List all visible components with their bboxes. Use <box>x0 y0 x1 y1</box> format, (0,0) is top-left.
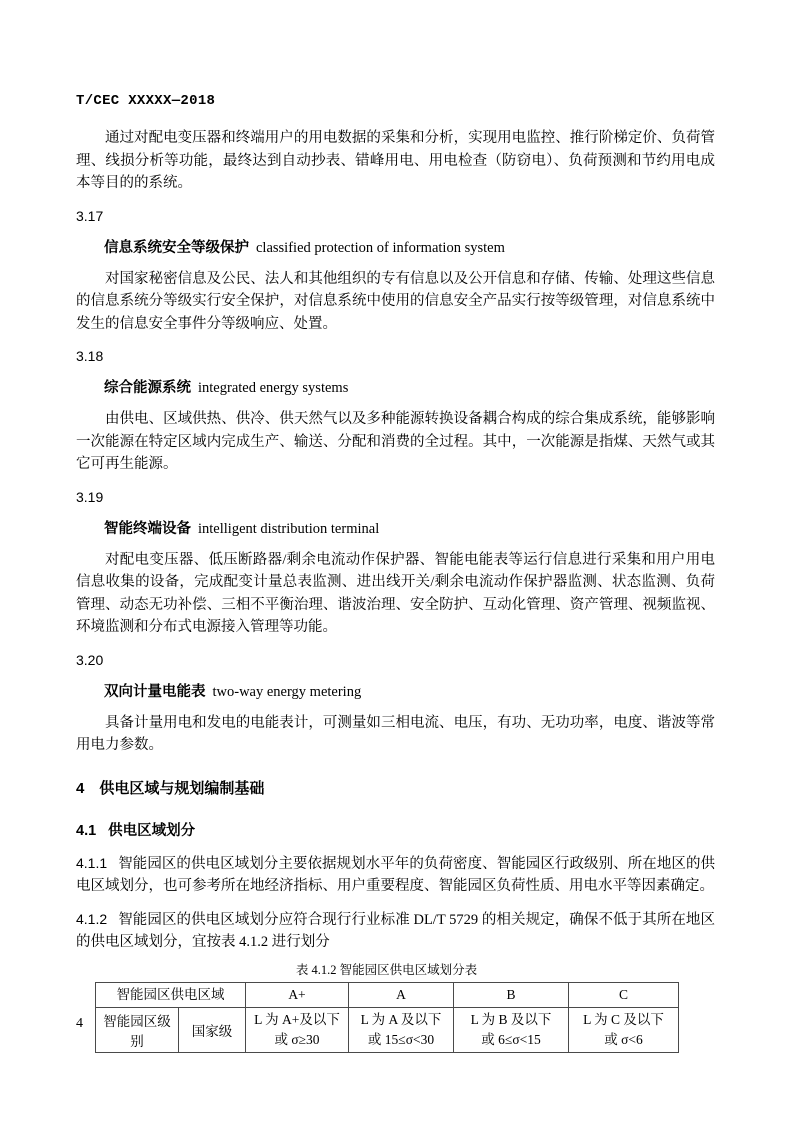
term-definition-3-18: 由供电、区域供热、供冷、供天然气以及多种能源转换设备耦合构成的综合集成系统，能够… <box>76 408 715 476</box>
supply-area-division-table: 智能园区供电区域 A+ A B C 智能园区级别 国家级 L 为 A+及以下 或… <box>95 982 679 1053</box>
intro-paragraph: 通过对配电变压器和终端用户的用电数据的采集和分析，实现用电监控、推行阶梯定价、负… <box>76 127 715 195</box>
term-heading-3-19: 智能终端设备intelligent distribution terminal <box>76 518 715 540</box>
term-zh-label: 信息系统安全等级保护 <box>104 240 249 256</box>
table-header-merged-cell: 智能园区供电区域 <box>96 982 246 1007</box>
table-row-label-cell: 智能园区级别 <box>96 1007 179 1052</box>
table-cell-a: L 为 A 及以下 或 15≤σ<30 <box>349 1007 454 1052</box>
table-row-level-cell: 国家级 <box>179 1007 246 1052</box>
clause-text: 智能园区的供电区域划分主要依据规划水平年的负荷密度、智能园区行政级别、所在地区的… <box>76 856 715 895</box>
clause-4-1-2: 4.1.2智能园区的供电区域划分应符合现行行业标准 DL/T 5729 的相关规… <box>76 908 715 954</box>
table-caption: 表 4.1.2 智能园区供电区域划分表 <box>95 962 678 978</box>
term-definition-3-20: 具备计量用电和发电的电能表计，可测量如三相电流、电压，有功、无功功率，电度、谐波… <box>76 712 715 757</box>
table-header-row: 智能园区供电区域 A+ A B C <box>96 982 679 1007</box>
term-definition-3-19: 对配电变压器、低压断路器/剩余电流动作保护器、智能电能表等运行信息进行采集和用户… <box>76 549 715 639</box>
term-number-3-20: 3.20 <box>76 649 715 671</box>
term-zh-label: 智能终端设备 <box>104 521 191 537</box>
term-number-3-19: 3.19 <box>76 486 715 508</box>
term-zh-label: 综合能源系统 <box>104 380 191 396</box>
clause-number: 4.1.1 <box>76 855 107 871</box>
chapter-title: 供电区域与规划编制基础 <box>99 780 264 797</box>
table-data-row: 智能园区级别 国家级 L 为 A+及以下 或 σ≥30 L 为 A 及以下 或 … <box>96 1007 679 1052</box>
clause-text: 智能园区的供电区域划分应符合现行行业标准 DL/T 5729 的相关规定，确保不… <box>76 912 715 951</box>
term-number-3-17: 3.17 <box>76 205 715 227</box>
page-content: T/CEC XXXXX—2018 通过对配电变压器和终端用户的用电数据的采集和分… <box>0 0 793 1053</box>
table-header-cell-a: A <box>349 982 454 1007</box>
term-heading-3-20: 双向计量电能表two-way energy metering <box>76 681 715 703</box>
doc-number-header: T/CEC XXXXX—2018 <box>76 92 715 110</box>
chapter-heading: 4供电区域与规划编制基础 <box>76 778 715 800</box>
table-cell-a-plus: L 为 A+及以下 或 σ≥30 <box>246 1007 349 1052</box>
term-number-3-18: 3.18 <box>76 345 715 367</box>
term-zh-label: 双向计量电能表 <box>104 684 206 700</box>
table-cell-c: L 为 C 及以下 或 σ<6 <box>569 1007 679 1052</box>
chapter-number: 4 <box>76 780 84 797</box>
term-heading-3-18: 综合能源系统integrated energy systems <box>76 377 715 399</box>
term-en-label: intelligent distribution terminal <box>198 521 379 537</box>
clause-4-1-1: 4.1.1智能园区的供电区域划分主要依据规划水平年的负荷密度、智能园区行政级别、… <box>76 852 715 898</box>
term-heading-3-17: 信息系统安全等级保护classified protection of infor… <box>76 237 715 259</box>
table-header-cell-c: C <box>569 982 679 1007</box>
table-header-cell-b: B <box>454 982 569 1007</box>
term-definition-3-17: 对国家秘密信息及公民、法人和其他组织的专有信息以及公开信息和存储、传输、处理这些… <box>76 268 715 336</box>
section-title: 供电区域划分 <box>108 823 195 839</box>
clause-number: 4.1.2 <box>76 911 107 927</box>
section-heading: 4.1供电区域划分 <box>76 820 715 842</box>
term-en-label: two-way energy metering <box>213 684 362 700</box>
table-header-cell-a-plus: A+ <box>246 982 349 1007</box>
section-number: 4.1 <box>76 823 96 839</box>
page-number: 4 <box>76 1016 83 1032</box>
document-page: T/CEC XXXXX—2018 通过对配电变压器和终端用户的用电数据的采集和分… <box>0 0 793 1053</box>
term-en-label: classified protection of information sys… <box>256 240 505 256</box>
table-cell-b: L 为 B 及以下 或 6≤σ<15 <box>454 1007 569 1052</box>
term-en-label: integrated energy systems <box>198 380 348 396</box>
